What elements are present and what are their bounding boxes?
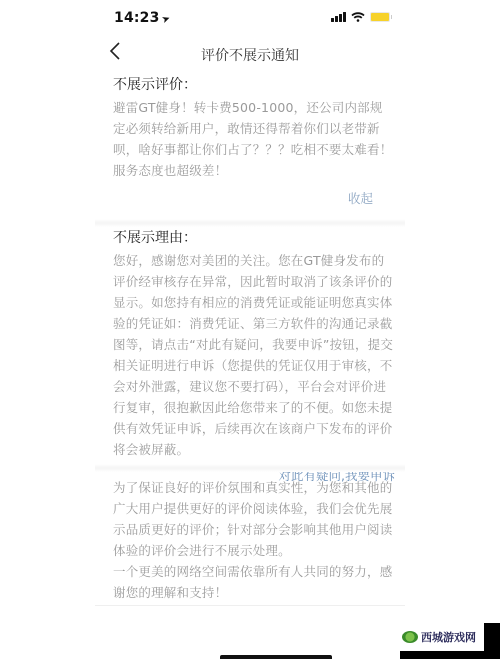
section-divider — [95, 464, 405, 472]
watermark-text: 西城游戏网 — [421, 629, 476, 645]
notice-text-2: 一个更美的网络空间需依靠所有人共同的努力，感谢您的理解和支持！ — [113, 561, 395, 603]
location-arrow-icon: ➤ — [160, 13, 172, 26]
watermark-logo-icon — [402, 631, 418, 643]
section-divider — [95, 219, 405, 227]
notice-section: 为了保证良好的评价氛围和真实性，为您和其他的广大用户提供更好的评价阅读体验，我们… — [95, 477, 405, 603]
review-text: 避雷GT健身！转卡费500-1000，还公司内部规定必须转给新用户，敢情还得帮着… — [113, 97, 395, 181]
status-time: 14:23➤ — [114, 10, 170, 26]
status-bar: 14:23➤ — [112, 8, 390, 28]
notice-text-1: 为了保证良好的评价氛围和真实性，为您和其他的广大用户提供更好的评价阅读体验，我们… — [113, 477, 395, 561]
page-title: 评价不展示通知 — [95, 45, 405, 65]
watermark-badge: 西城游戏网 — [400, 623, 484, 651]
home-indicator — [220, 655, 332, 659]
watermark: 西城游戏网 — [400, 623, 500, 659]
review-section: 不展示评价： 避雷GT健身！转卡费500-1000，还公司内部规定必须转给新用户… — [95, 75, 405, 207]
wifi-icon — [351, 12, 365, 22]
reason-section: 不展示理由： 您好，感谢您对美团的关注。您在GT健身发布的评价经审核存在异常，因… — [95, 228, 405, 484]
cellular-signal-icon — [331, 12, 346, 22]
time-text: 14:23 — [114, 10, 160, 26]
nav-bar: 评价不展示通知 — [95, 40, 405, 70]
battery-icon — [370, 12, 390, 22]
reason-text: 您好，感谢您对美团的关注。您在GT健身发布的评价经审核存在异常，因此暂时取消了该… — [113, 250, 395, 460]
reason-heading: 不展示理由： — [113, 228, 405, 248]
review-heading: 不展示评价： — [113, 75, 405, 95]
collapse-button[interactable]: 收起 — [95, 189, 373, 207]
bottom-divider — [95, 605, 405, 606]
status-icons — [331, 12, 390, 22]
